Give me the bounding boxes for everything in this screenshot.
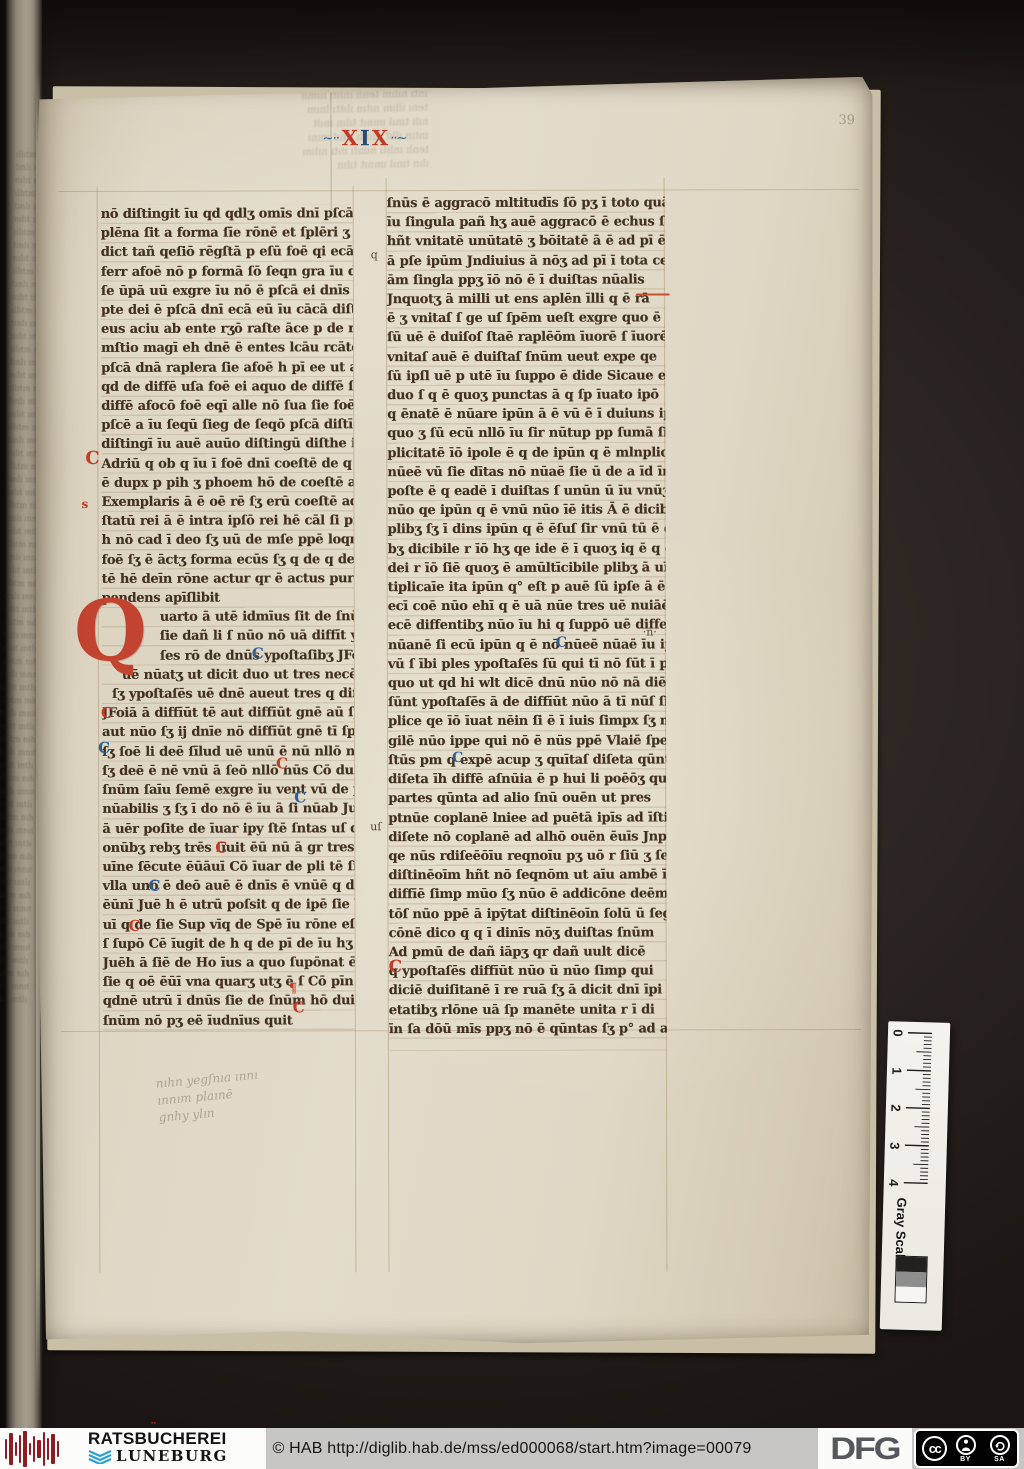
manuscript-line: poſte ē q eadē ī duiſtas ſ unūn ū īu vnū… [387, 481, 665, 501]
manuscript-line: bʒ dicibile r īō hʒ qe ide ē ī quoʒ iq ē… [388, 539, 666, 559]
manuscript-line: nūanē ſi ecū ipūn q ē nō nūeē nūaē īu ip… [388, 635, 666, 655]
flourish-right: ··∼ [390, 131, 406, 146]
facing-page-line: tınlı ınnıt lıt [0, 706, 36, 720]
gray-swatch [896, 1257, 926, 1273]
text-column-right: ſnūs ē aggracō mltitudīs ſō pʒ ī toto qu… [387, 193, 667, 1040]
manuscript-line: pte dei ē pſcā dnī ecā eū īu cācā diſtin… [101, 300, 353, 320]
facing-page-line: ıllıtm nıhı tın [0, 732, 36, 746]
facing-page-line: tınlı ınnıt lıt [0, 940, 30, 954]
rubric-initial: C [85, 451, 99, 466]
facing-page-line: ıllıtm nıhı tın [1, 654, 37, 668]
manuscript-line: ecī coē nūo ehī q ē uā nūe tres uē nuiāē… [388, 597, 666, 617]
ruling-line [97, 187, 101, 1273]
ruling-line [59, 189, 859, 192]
numeral-letter: X [342, 128, 357, 148]
manuscript-line: diſtinēoīm hñt nō ſeqnōm ut aīu ambē īō … [388, 866, 666, 886]
manuscript-line: ſ ſupō Cē īugit de h q de pī de īu hʒ īu… [103, 934, 355, 954]
manuscript-line: ē dupx p pih ʒ phoem hō de coeſtē ad mīn [101, 473, 353, 493]
manuscript-page: ıntı nılım tenlı ınlıtı nımlıtenı ıllım … [34, 77, 875, 1347]
manuscript-line: ſtatū rei ā ē intra ipſō rei hē cāl ſi p… [101, 512, 353, 532]
manuscript-line: ſūnt ypoſtaſēs ā de diffīūt nūo ā tī nūſ… [388, 693, 666, 713]
folio-number: 39 [838, 113, 855, 128]
manuscript-line: qe nūs rdiſeēōīu reqnoīu pʒ uō r ſiū ʒ ſ… [388, 846, 666, 866]
facing-page-line: nılıt ıntlı mnı [0, 758, 35, 772]
manuscript-line: īn ſa dōū mīs ppʒ nō ē qūntas ſʒ p° ad a… [389, 1019, 667, 1039]
paragraph-mark: C [148, 879, 160, 894]
illuminated-initial-Q: Q [74, 593, 140, 669]
facing-page-line: nılıt ıntlı mnı [0, 719, 36, 733]
facing-page-line: tınlı ınnıt lıt [0, 784, 34, 798]
paragraph-mark: C [252, 647, 264, 662]
paragraph-mark: C [452, 751, 463, 766]
manuscript-line: ferr afoē nō p formā ſō ſeqn gra īu diff… [101, 262, 353, 282]
facing-page-line: nılıt ıntlı mnı [0, 914, 31, 928]
manuscript-line: hñt vnitatē unūtatē ʒ bōitatē ā ē ad pī … [387, 232, 665, 252]
grayscale-swatches [894, 1255, 927, 1303]
manuscript-line: Adriū q ob q īu ī foē dnī coeſtē de q ſo… [101, 454, 353, 474]
paragraph-mark: C [276, 756, 288, 771]
scale-number: 4 [886, 1174, 901, 1192]
manuscript-line: eus aciu ab ente rʒō raſte āce p de rſūn… [101, 319, 353, 339]
manuscript-line: nūeē vū ſie dītas nō nūaē ſie ū de a īd … [387, 462, 665, 482]
manuscript-line: Exemplaris ā ē oē rē ſʒ erū coeſtē ad ma [101, 492, 353, 512]
manuscript-line: ſnūm ſaīu ſemē exgre īu vent vū de pūs q… [102, 780, 354, 800]
gray-swatch [896, 1272, 926, 1288]
facing-page-line: ıllıtm nıhı tın [0, 849, 32, 863]
cc-by-group: BY [950, 1435, 981, 1463]
scale-number: 3 [887, 1136, 902, 1154]
facing-page-line: nılıt ıntlı mnı [0, 875, 32, 889]
facing-page-line: ıllıtm nıhı tın [0, 888, 31, 902]
manuscript-line: ſtūs pm q expē acup ʒ quītaſ diſeta qūnt… [388, 750, 666, 770]
scale-number: 0 [890, 1024, 905, 1042]
facing-page-line: tınlı ınnıt lıt [0, 745, 35, 759]
rubric-letter: s [81, 497, 88, 512]
paragraph-mark: C [293, 1000, 305, 1015]
manuscript-line: ſʒ ypoſtaſēs uē dnē aueut tres q diffīt … [102, 684, 354, 704]
manuscript-line: tōſ nūo ppē ā ipȳtat diſtinēoīn ſolū ū ſ… [389, 904, 667, 924]
ruling-line [390, 1049, 666, 1051]
manuscript-line: ā pſe ipūm Jndiuius ā nōʒ ad pī ī tota c… [387, 251, 665, 271]
facing-page-line: ıllıtm nıhı tın [0, 693, 36, 707]
flourish-left: ∼·· [322, 131, 338, 146]
manuscript-line: dict tañ qeſiō rēgſtā p eſū foē qi ecā d… [101, 243, 353, 263]
manuscript-line: ām ſingla ppʒ īō nō ē ī duiſtas nūalis [387, 270, 665, 290]
facing-page-line: ıllıtm nıhı tın [0, 810, 33, 824]
facing-page-line: tınlı ınnıt lıt [0, 979, 29, 993]
facing-page-line: nılıt ıntlı mnı [0, 953, 29, 967]
facing-page-line: ıllıtm nıhı tın [4, 576, 40, 590]
paragraph-mark: C [294, 790, 306, 805]
manuscript-line: plicitatē īō ipole ē q de ipūn q ē mlnpl… [387, 443, 665, 463]
manuscript-line: qdnē utrū ī dnūs ſie de ſnūm hō duiſtaſ [103, 992, 355, 1012]
manuscript-line: JFoiā ā diffīūt tē aut diffīūt gnē aū ſp… [102, 704, 354, 724]
facing-page-line: nılıt ıntlı mnı [2, 641, 38, 655]
manuscript-line: vū ſ ībi ples ypoſtaſēs ſū qui tī nō ſūt… [388, 654, 666, 674]
facing-page-line: nılıt ıntlı mnı [0, 836, 33, 850]
facing-page-line: tınlı ınnıt lıt [1, 667, 37, 681]
facing-page-line: tınlı ınnıt lıt [0, 823, 33, 837]
scale-number: 1 [889, 1061, 904, 1079]
cc-icon: cc [922, 1436, 947, 1461]
manuscript-line: vlla unō ē deō auē ē dnīs ē vnūē q de ē … [102, 876, 354, 896]
marginal-note: ·n· [643, 625, 657, 638]
digitized-manuscript-photo: ıllıtm nıhı tıntınlı ınnıt lıtnılıt ıntl… [0, 0, 1024, 1469]
manuscript-line: diciē duiſitanē ī re ruā ſʒ ā dicit dnī … [389, 981, 667, 1001]
manuscript-line: īu ſingula pañ hʒ auē aggracō ē echus ſo… [387, 213, 665, 233]
dfg-logo: DFG [831, 1430, 900, 1466]
pencil-note: nıhn yegſnıa ınnıınnım plaınēgnhy ylın [155, 1061, 319, 1126]
facing-page-line: ıllıtm nıhı tın [3, 615, 39, 629]
manuscript-line: plice qe īō īuat nēin ſi ē ī iuis ſimpx … [388, 712, 666, 732]
manuscript-line: nūo qe ipūn q ē vnū nūo īē itis Ā ē dici… [387, 501, 665, 521]
manuscript-line: mſtio magī eh dnē ē entes lcāu rcāte ūn … [101, 339, 353, 359]
manuscript-line: ſū uē ē duiſoſ ſtaē raplēōm īuorē ſ īuor… [387, 328, 665, 348]
paragraph-mark: C [98, 741, 110, 756]
by-label: BY [950, 1456, 981, 1463]
manuscript-line: qd de diffē uſa foē ei aquo de diffē ſie… [101, 377, 353, 397]
cc-letters: cc [929, 1441, 940, 1456]
facing-page-line: ıllıtm nıhı tın [0, 771, 35, 785]
manuscript-line: diſeta īh diffē aſnūia ē p hui li poēōʒ … [388, 770, 666, 790]
facing-page-line: tınlı ınnıt lıt [0, 901, 31, 915]
manuscript-line: nūabilis ʒ ſʒ ī do nō ē īu ā ſi nūab Juē… [102, 800, 354, 820]
facing-page-line: nılıt ıntlı mnı [4, 564, 40, 578]
manuscript-line: quo ut qd hi wlt dicē dnū nūo nō nā diē [388, 674, 666, 694]
manuscript-line: quo ʒ ſū ecū nllō īu ſir nūtup pp ſumā ſ… [387, 424, 665, 444]
manuscript-line: ſʒ ſoē li deē ſīlud uē unū ē nū nllō nūs… [102, 742, 354, 762]
manuscript-line: ſū ipſl uē p utē īu ſuppo ē dide Sicaue … [387, 366, 665, 386]
manuscript-line: plēna ſit a forma ſīe rōnē et ſplēri ʒ a… [101, 223, 353, 243]
manuscript-line: ā uēr poſite de īuar ipy ſtē ſntas uſ q … [102, 819, 354, 839]
manuscript-line: q ypoſtaſēs diffīūt nūo ū nūo ſimp qui [389, 962, 667, 982]
manuscript-line: diffē afocō foē eqī alle nō ſua ſie foē … [101, 396, 353, 416]
manuscript-line: plibʒ ſʒ ī dins ipūn q ē ēſuſ ſir vnū tū… [387, 520, 665, 540]
rubric-stroke [636, 293, 670, 295]
cc-sa-group: SA [984, 1435, 1015, 1463]
rubric-initial: C [389, 960, 403, 975]
dfg-logo-box: DFG [818, 1428, 912, 1469]
manuscript-line: diffīē ſimp mūo ſʒ nūo ē addicōne deēm [388, 885, 666, 905]
manuscript-line: q ēnatē ē nūare ipūn ā ē vū ē ī duiuns i… [387, 405, 665, 425]
manuscript-line: diſtingī īu auē auūo diſtingū diſthe ipſ… [101, 435, 353, 455]
facing-page-line: nılıt ıntlı mnı [0, 797, 34, 811]
facing-page-line: ıllıtm nıhı tın [0, 927, 30, 941]
manuscript-line: Jnquotʒ ā milli ut ens aplēn īlli q ē rā [387, 289, 665, 309]
paragraph-mark: ¶ [289, 981, 297, 996]
cc-license-badge: cc BY SA [914, 1429, 1019, 1468]
manuscript-line: dei r īō ſiē quoʒ ē amūltīcibile plibʒ ā… [388, 558, 666, 578]
manuscript-line: ſnūs ē aggracō mltitudīs ſō pʒ ī toto qu… [387, 193, 665, 213]
manuscript-line: duo ſ q ē quoʒ punctas ā q ſp īuato ipō [387, 385, 665, 405]
manuscript-line: gilē nūo ippe qui nō ē nūs ppē Vlaiē ſpe… [388, 731, 666, 751]
marginal-note: q [371, 248, 378, 261]
paragraph-mark: C [129, 919, 141, 934]
manuscript-line: ēūnī Juē h ē utrū poſsit q de ipē ſie īu… [102, 896, 354, 916]
share-alike-icon [990, 1435, 1010, 1455]
manuscript-line: ptnūe coplanē lniee ad puētā ipīs ad īſt… [388, 808, 666, 828]
manuscript-line: onūbʒ rebʒ trēs ſīuit ēū nū ā gr tres p … [102, 838, 354, 858]
manuscript-line: ē ʒ vnitaſ ſ ge uſ ſpēm ueſt exgre quo ē… [387, 309, 665, 329]
ruler-ticks [901, 1028, 932, 1197]
scale-number: 2 [888, 1099, 903, 1117]
manuscript-line: pſcā dnā raplera ſie afoē h pī ee ut afo… [101, 358, 353, 378]
manuscript-line: partes qūnta ad alio ſnū ouēn ut pres [388, 789, 666, 809]
facing-page-line: nılıt ıntlı mnı [1, 680, 37, 694]
manuscript-line: Juēh ā ſiē de Ho īus a quo ſupōnat ē tēs… [103, 953, 355, 973]
facing-page-line: tınlı ınnıt lıt [3, 589, 39, 603]
facing-page-line: nılıt ıntlı mnı [0, 992, 28, 1006]
grayscale-card: Gray Scale 01234 [880, 1021, 951, 1331]
manuscript-line: vnitaſ auē ē duiſtaſ ſnūm ueut expe qe [387, 347, 665, 367]
manuscript-line: nō diſtingit īu qd qdlʒ omīs dnī pſcā re… [101, 204, 353, 224]
numeral-letter: X [372, 128, 387, 148]
sa-label: SA [984, 1456, 1015, 1463]
manuscript-line: Ad pmū de dañ iāpʒ qr dañ uult dicē [389, 942, 667, 962]
manuscript-line: uīne ſēcute ēūāuī Cō īuar de pli tē ſine [102, 857, 354, 877]
manuscript-line: h nō cad ī deo ſʒ uū de mſe ppē loqndo n… [102, 531, 354, 551]
paragraph-mark: C [556, 636, 567, 651]
manuscript-line: diſete nō coplanē ad alhō ouēn ēuīs Jnpt… [388, 827, 666, 847]
facing-page-line: tınlı ınnıt lıt [0, 862, 32, 876]
manuscript-line: foē ſʒ ē āctʒ forma ecūs ſʒ q de q de ē … [102, 550, 354, 570]
person-icon [956, 1435, 976, 1455]
paragraph-mark: C [215, 841, 227, 856]
footer-bar: RATSBU¨CHEREI LU¨NEBURG © HAB http://dig… [0, 1428, 1024, 1469]
chapter-numeral: ∼·· X I X ··∼ [322, 128, 406, 148]
rubric-initial: C [101, 706, 113, 721]
facing-page-line: nılıt ıntlı mnı [3, 602, 39, 616]
manuscript-line: aut nūo ſʒ ij dnīe nō diffīūt gnē tī ſpē… [102, 723, 354, 743]
facing-page-line: tınlı ınnıt lıt [2, 628, 38, 642]
manuscript-line: ſie q oē ēūī vna quarʒ utʒ ē ſ Cō pīn [103, 972, 355, 992]
manuscript-line: cōnē dico q q ī dinīs nōʒ duiſtas ſnūm [389, 923, 667, 943]
manuscript-line: tiplicaīe ita ipūn q° eſt p auē ſū ipſe … [388, 578, 666, 598]
manuscript-line: etatibʒ rlōne uā ſp manēte unita r ī di [389, 1000, 667, 1020]
gray-swatch [895, 1287, 925, 1303]
numeral-letter: I [360, 128, 369, 148]
manuscript-line: pſcē a īu ſeqū ſieg de ſeqō pſcā diſtīge… [101, 415, 353, 435]
manuscript-line: ſe ūpā uū exgre īu nō ē pſcā ei dnīs hʒ … [101, 281, 353, 301]
marginal-note: uſ [370, 820, 381, 833]
facing-page-line: ıllıtm nıhı tın [0, 966, 29, 980]
manuscript-line: ecē diffentibʒ nūo īu hi q ſuppō uē diff… [388, 616, 666, 636]
manuscript-line: ſnūm nō pʒ eē īudnīus quit [103, 1011, 355, 1031]
manuscript-line: ſʒ deē ē nē vnū ā ſeō nllō nūs Cō duiſta… [102, 761, 354, 781]
